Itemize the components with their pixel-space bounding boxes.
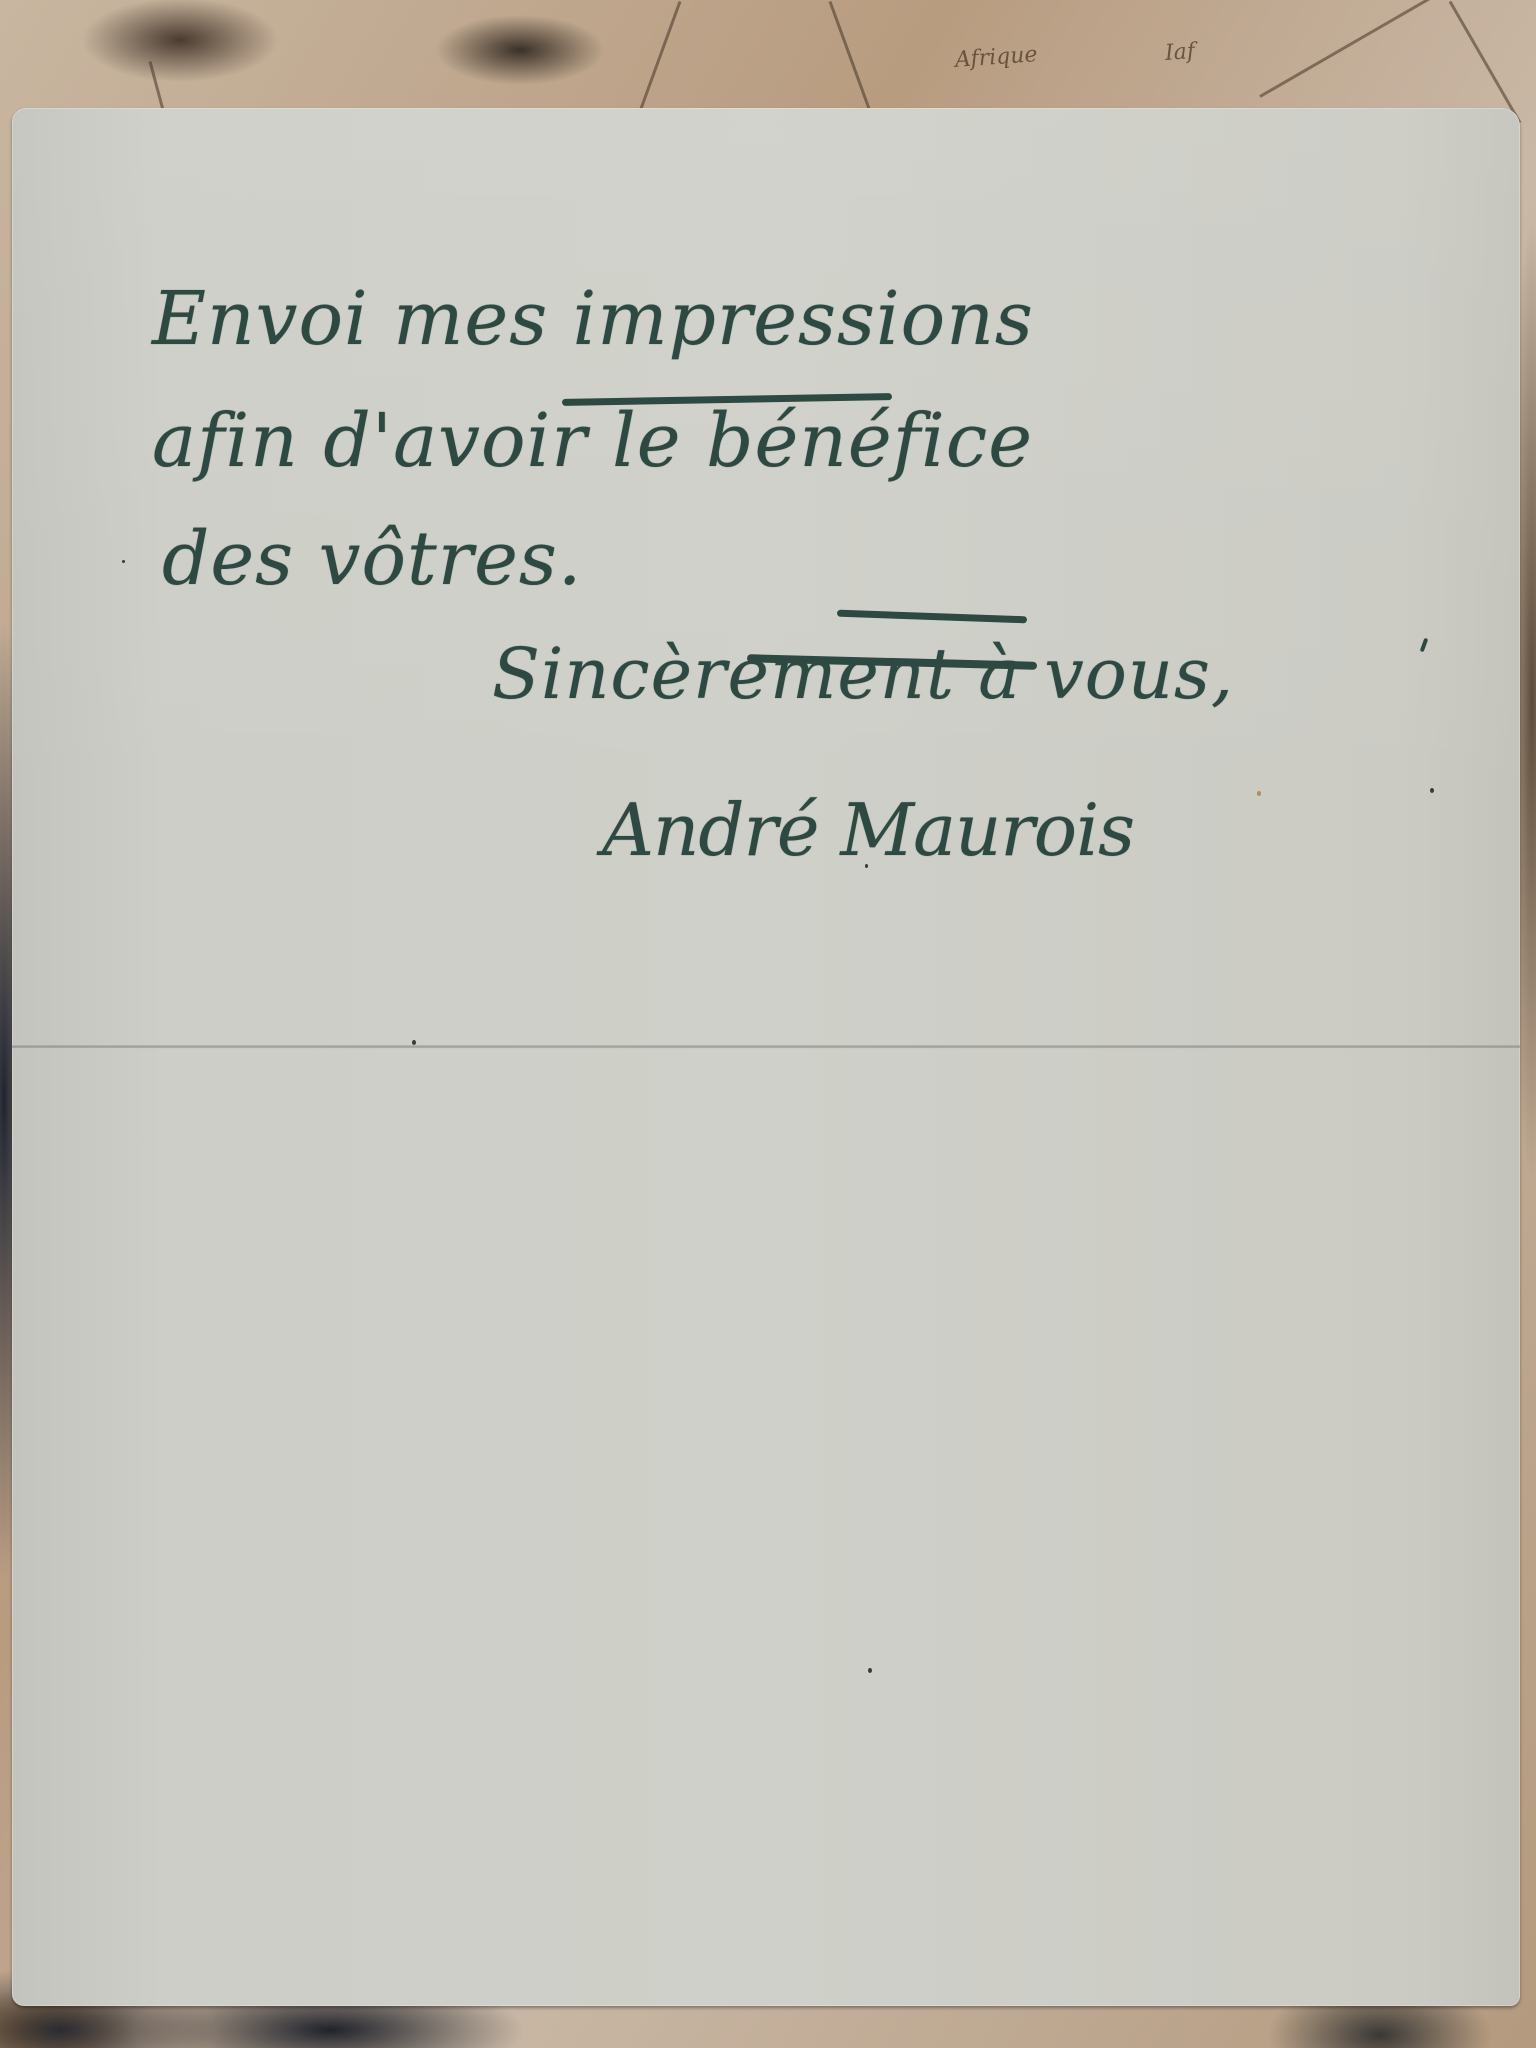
map-line (1259, 0, 1434, 98)
paper-speck (1257, 791, 1261, 796)
map-line (1449, 1, 1522, 124)
letter-closing: Sincèrement à vous, (492, 633, 1234, 715)
map-line (829, 1, 873, 115)
letter-body-line-2: afin d'avoir le bénéfice (152, 398, 1033, 484)
paper-speck (865, 864, 868, 868)
signature: André Maurois (602, 788, 1134, 872)
map-line (638, 1, 682, 115)
paper-speck (868, 1668, 872, 1673)
paper-speck (122, 560, 125, 563)
letter-page: Envoi mes impressions afin d'avoir le bé… (12, 108, 1520, 2006)
paper-speck (1430, 788, 1434, 793)
letter-body-line-3: des vôtres. (162, 516, 582, 602)
map-label: Afrique (954, 42, 1038, 73)
map-label: Iaf (1164, 39, 1196, 66)
fold-crease (12, 1045, 1520, 1049)
letter-body-line-1: Envoi mes impressions (152, 276, 1034, 362)
comma-mark (1420, 638, 1429, 653)
paper-speck (412, 1040, 416, 1045)
t-crossbar-stroke (837, 610, 1027, 624)
